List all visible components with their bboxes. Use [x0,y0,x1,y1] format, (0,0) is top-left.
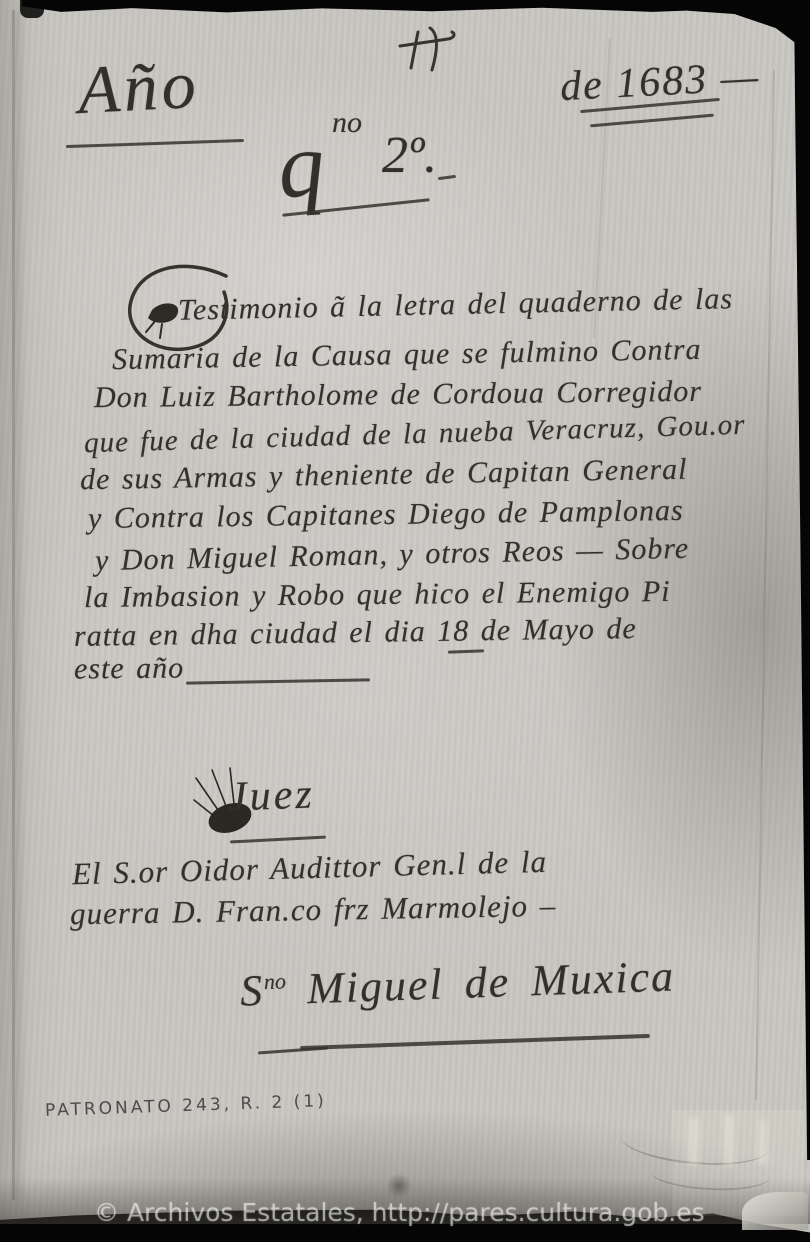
body-line: Testimonio ã la letra del quaderno de la… [178,282,734,328]
body-line: la Imbasion y Robo que hico el Enemigo P… [84,575,671,615]
scribal-mark-icon [396,22,466,74]
body-line: ratta en dha ciudad el dia 18 de Mayo de [74,612,637,654]
manuscript-scan: Año de 1683 — q no 2º. Testimonio ã la l… [0,0,810,1242]
right-edge-strip [786,40,810,1160]
corner-watermark-streak [758,1120,767,1164]
date-18-underline [448,649,484,653]
quaderno-abbr: q [274,111,327,220]
body-line: este año [74,652,184,687]
quaderno-dash [438,175,456,180]
signature-superscript: no [263,968,286,994]
body-line: Don Luiz Bartholome de Cordoua Corregido… [94,375,702,415]
este-anio-dash [186,678,370,684]
archive-reference-note: PATRONATO 243, R. 2 (1) [45,1091,327,1121]
juez-heading: Juez [227,771,315,822]
corner-watermark-streak [724,1114,734,1166]
signature-prefix: S [239,966,265,1016]
signature-underline [300,1034,650,1050]
signature-name: Miguel de Muxica [306,951,676,1013]
signature: Sno Miguel de Muxica [239,950,676,1016]
doc-number-underline-2 [590,114,714,128]
body-line: de sus Armas y theniente de Capitan Gene… [80,453,688,498]
year-label: Año [76,45,202,130]
corner-watermark-streak [688,1118,699,1166]
body-line: y Contra los Capitanes Diego de Pamplona… [88,494,684,536]
top-left-smudge [20,0,44,18]
judge-line: El S.or Oidor Audittor Gen.l de la [72,844,548,892]
signature-underline-tail [258,1047,328,1055]
archive-watermark: © Archivos Estatales, http://pares.cultu… [94,1198,705,1227]
year-underline [66,139,244,148]
body-line: y Don Miguel Roman, y otros Reos — Sobre [95,532,690,578]
left-fold-crease [12,10,15,1200]
top-right-corner [688,0,810,54]
right-vertical-crease [755,70,775,1100]
judge-line: guerra D. Fran.co frz Marmolejo – [70,888,557,932]
quaderno-number: 2º. [382,126,437,185]
quaderno-superscript: no [332,106,362,140]
